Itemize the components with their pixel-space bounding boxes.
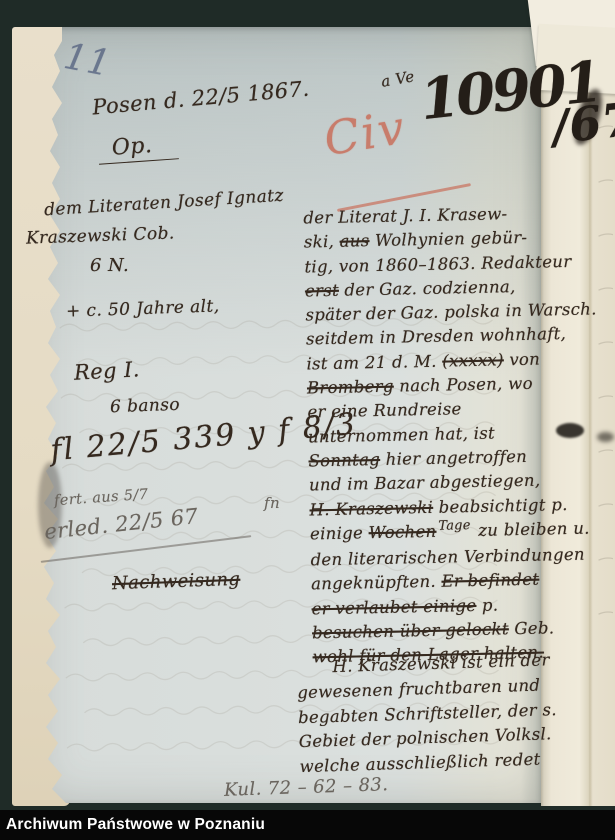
manuscript-text: er eine Rundreise: [307, 400, 461, 422]
recipient-line: 6 N.: [90, 255, 129, 276]
manuscript-text: p.: [476, 595, 498, 614]
struck-text: H. Kraszewski: [309, 497, 433, 519]
manuscript-text: hier angetroffen: [380, 447, 527, 469]
manuscript-text: angeknüpften.: [311, 572, 442, 594]
manuscript-text: einige: [310, 523, 369, 543]
manuscript-text: H. Kraszewski ist ein der: [332, 650, 550, 676]
manuscript-paragraph: H. Kraszewski ist ein dergewesenen fruch…: [296, 646, 615, 780]
file-number-suffix: /67: [549, 92, 615, 154]
manuscript-text: der Literat J. I. Krasew-: [303, 204, 507, 227]
manuscript-text: später der Gaz. polska in Warsch.: [305, 300, 597, 325]
manuscript-text: ist am 21 d. M.: [306, 351, 442, 373]
manuscript-text: Geb.: [509, 618, 555, 638]
archive-name: Archiwum Państwowe w Poznaniu: [0, 816, 265, 834]
manuscript-text: unternommen hat, ist: [308, 423, 495, 446]
manuscript-text: nach Posen, wo: [394, 374, 533, 396]
struck-text: aus: [339, 231, 369, 251]
struck-text: er verlaubet einige: [311, 596, 476, 618]
manuscript-text: tig, von 1860–1863. Redakteur: [304, 251, 571, 276]
manuscript-text: beabsichtigt p.: [433, 495, 568, 517]
manuscript-text: welche ausschließlich redet: [299, 750, 541, 777]
manuscript-text: und im Bazar abgestiegen,: [309, 471, 541, 495]
fn-mark: fn: [264, 494, 280, 512]
manuscript-text: gewesenen fruchtbaren und: [297, 675, 541, 702]
struck-text: Wochen: [368, 522, 436, 542]
manuscript-text: von: [504, 349, 541, 369]
struck-note: Nachweisung: [112, 569, 241, 594]
manuscript-text: zu bleiben u.: [473, 518, 590, 539]
struck-text: Er befindet: [441, 570, 539, 591]
margin-note: 6 banso: [110, 395, 181, 417]
archive-footer-bar: Archiwum Państwowe w Poznaniu: [0, 810, 615, 840]
struck-text: erst: [305, 281, 339, 301]
pencil-page-number: 11: [61, 36, 115, 85]
struck-text: Sonntag: [308, 450, 380, 470]
manuscript-text: Gebiet der polnischen Volksl.: [299, 725, 552, 752]
op-mark: Op.: [97, 131, 179, 165]
struck-text: besuchen über gelockt: [312, 619, 509, 642]
archival-scan: 11 Posen d. 22/5 1867. Op. a Ve 10901 /6…: [0, 0, 615, 840]
manuscript-text: den literarischen Verbindungen: [310, 545, 585, 570]
manuscript-text: seitdem in Dresden wohnhaft,: [306, 325, 567, 349]
struck-text: Bromberg: [307, 377, 394, 398]
struck-text: (xxxxx): [442, 350, 504, 370]
manuscript-text: ski,: [304, 232, 340, 252]
manuscript-text: Wolhynien gebür-: [369, 228, 527, 250]
manuscript-text: der Gaz. codzienna,: [339, 277, 516, 300]
manuscript-text: Tage: [438, 518, 471, 534]
registry-mark: Reg I.: [73, 357, 140, 384]
manuscript-paragraph: der Literat J. I. Krasew-ski, aus Wolhyn…: [303, 200, 615, 670]
